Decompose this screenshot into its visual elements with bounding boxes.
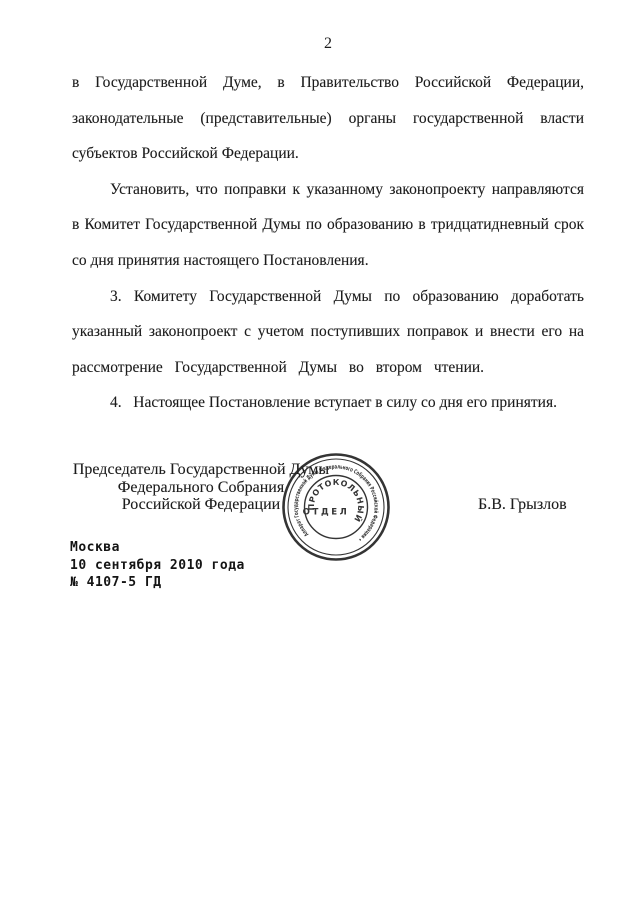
body-line: в Комитет Государственной Думы по образо…	[72, 207, 584, 243]
document-page: 2 в Государственной Думе, в Правительств…	[0, 0, 640, 905]
page-number: 2	[72, 35, 584, 53]
footer-date: 10 сентября 2010 года	[70, 557, 245, 575]
footer-city: Москва	[70, 539, 245, 557]
body-line: субъектов Российской Федерации.	[72, 136, 584, 172]
body-line: законодательные (представительные) орган…	[72, 101, 584, 137]
body-line: со дня принятия настоящего Постановления…	[72, 243, 584, 279]
stamp-center-text: ОТДЕЛ	[303, 508, 350, 518]
body-line: рассмотрение Государственной Думы во вто…	[72, 350, 584, 386]
signatory-name: Б.В. Грызлов	[478, 496, 567, 514]
footer-block: Москва 10 сентября 2010 года № 4107-5 ГД	[70, 539, 245, 592]
body-line: 4. Настоящее Постановление вступает в си…	[72, 385, 584, 421]
protocol-dept-stamp-icon: Аппарат Государственной Думы Федеральног…	[279, 450, 393, 564]
body-line: 3. Комитету Государственной Думы по обра…	[72, 279, 584, 315]
document-body: в Государственной Думе, в Правительство …	[72, 65, 584, 421]
body-line: Установить, что поправки к указанному за…	[72, 172, 584, 208]
footer-doc-number: № 4107-5 ГД	[70, 574, 245, 592]
body-line: в Государственной Думе, в Правительство …	[72, 65, 584, 101]
body-line: указанный законопроект с учетом поступив…	[72, 314, 584, 350]
